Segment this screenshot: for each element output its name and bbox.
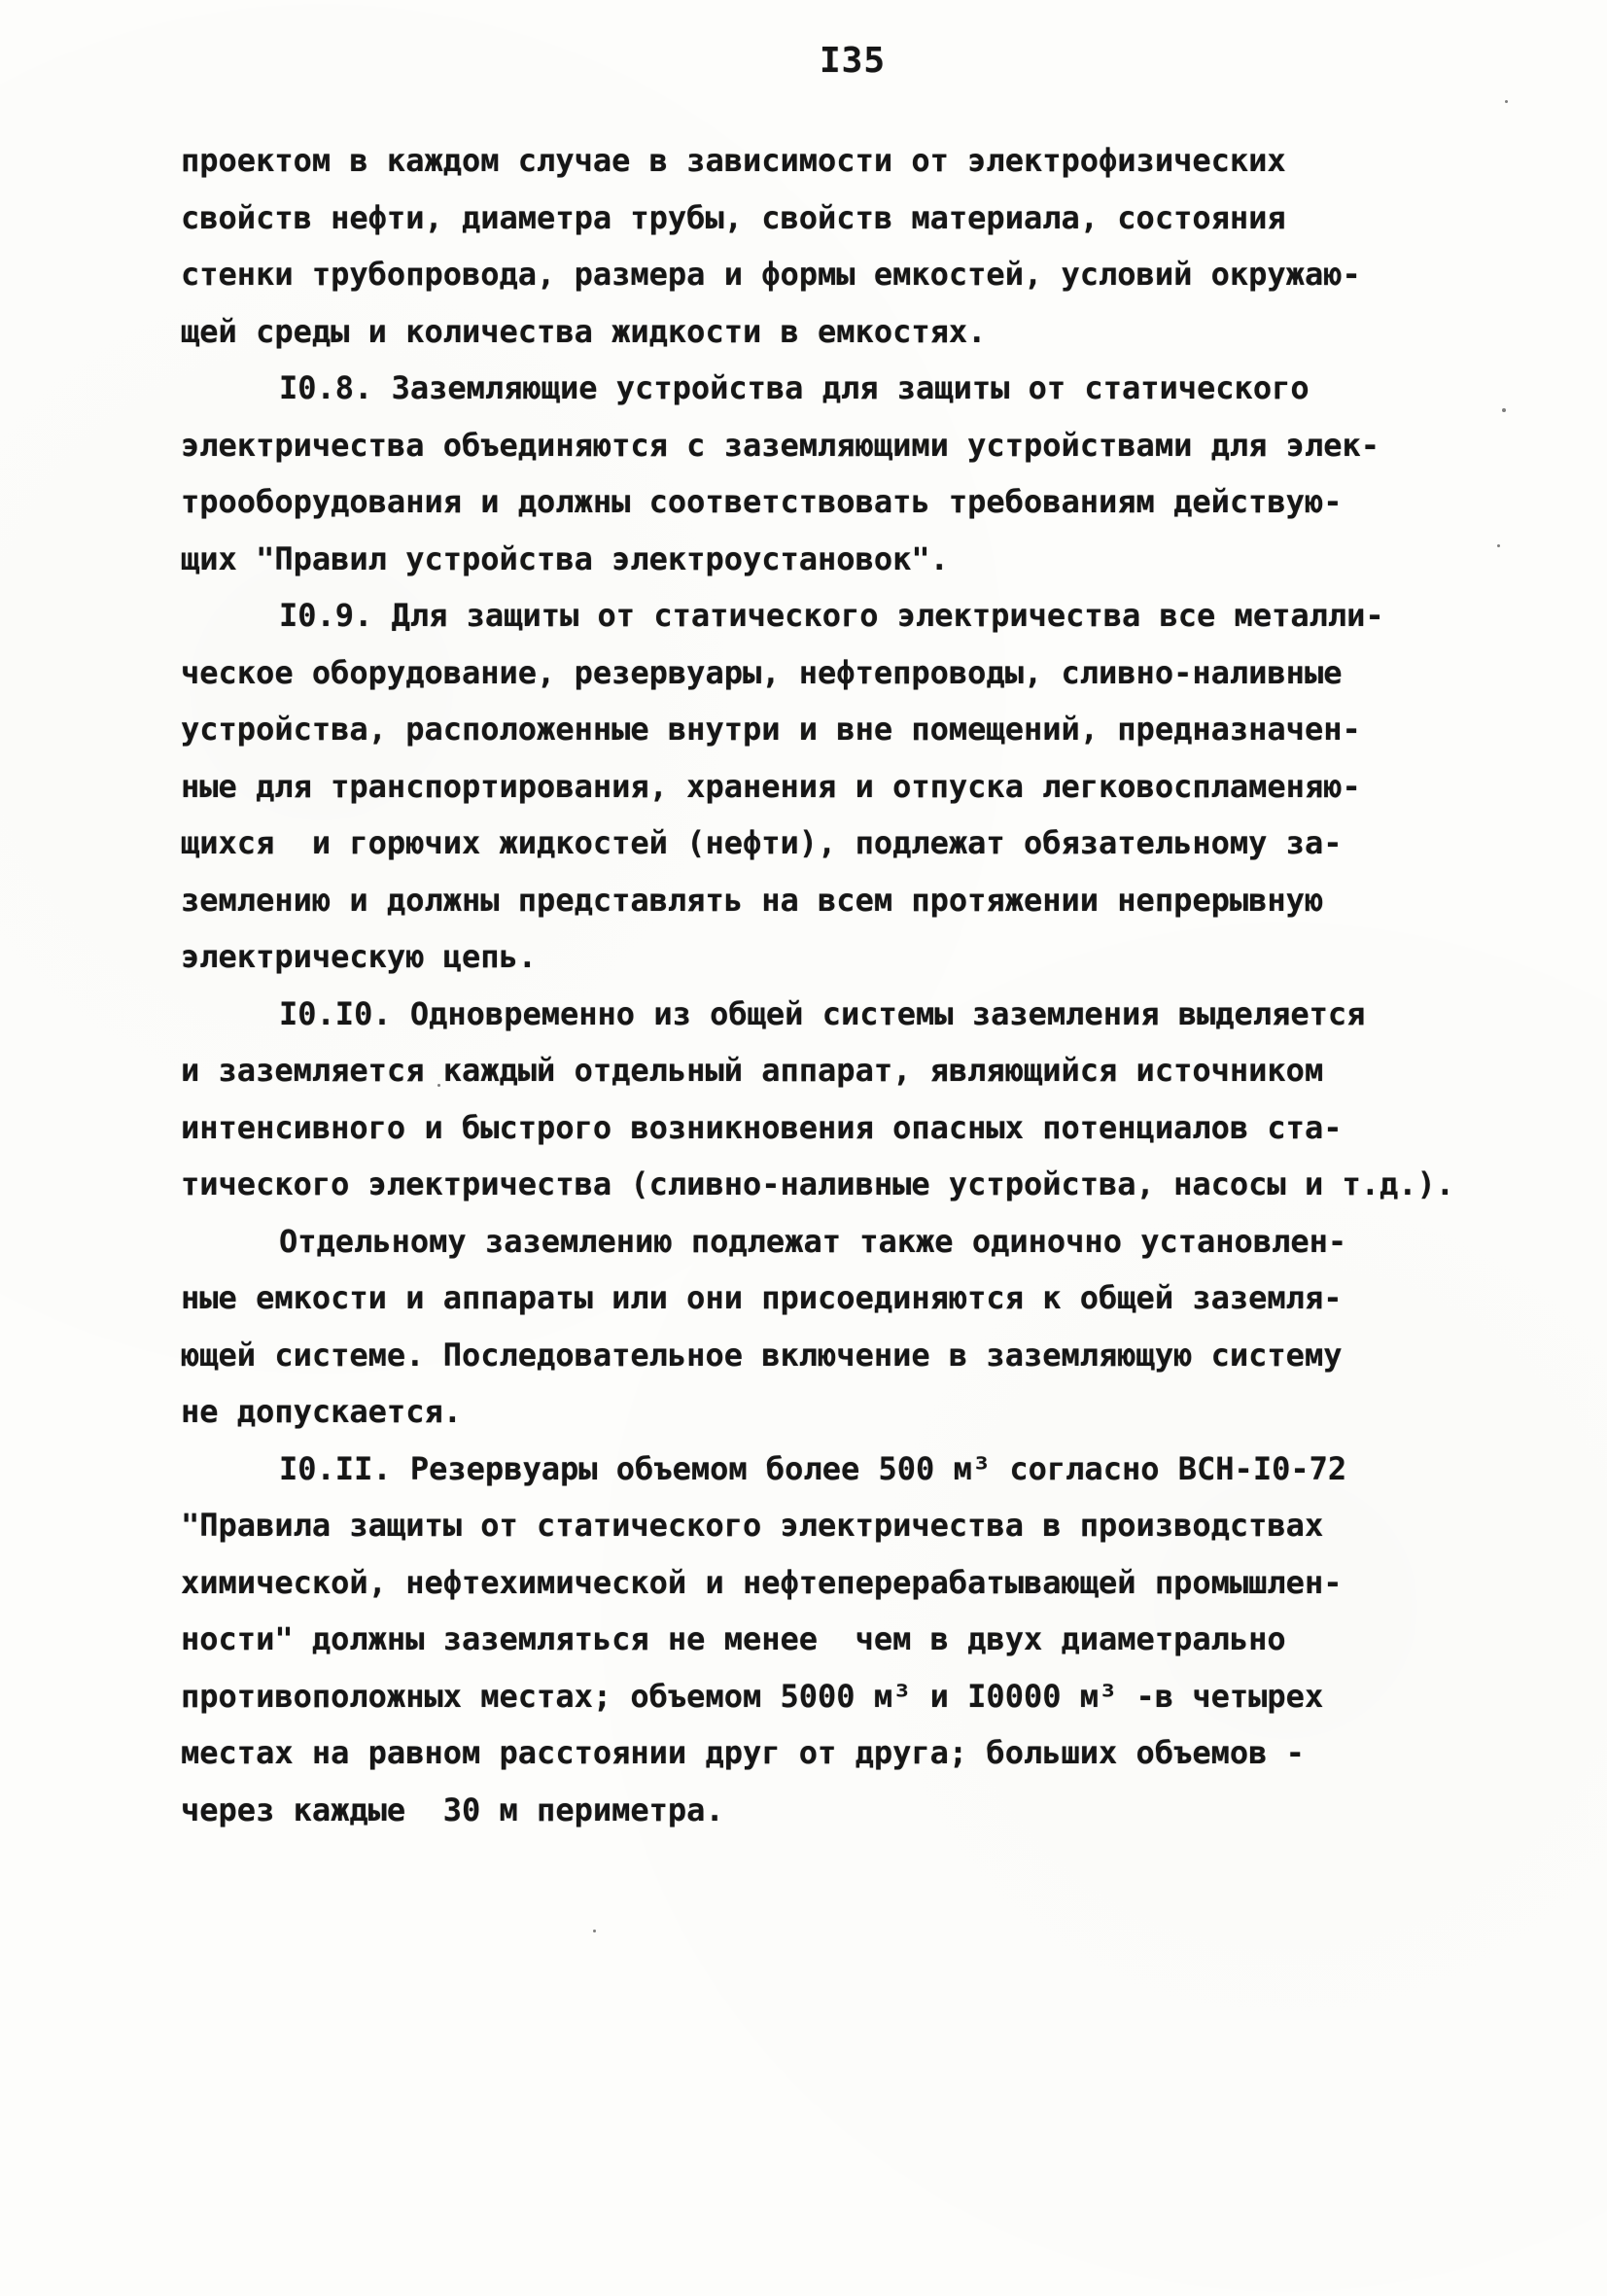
text-line-section-10-11: I0.II. Резервуары объемом более 500 м³ с… — [181, 1450, 1522, 1508]
text-line: химической, нефтехимической и нефтеперер… — [181, 1564, 1522, 1621]
text-line: ности" должны заземляться не менее чем в… — [181, 1620, 1522, 1678]
scan-speckle — [437, 1084, 440, 1087]
text-line-section-10-8: I0.8. Заземляющие устройства для защиты … — [181, 369, 1522, 427]
text-line: местах на равном расстоянии друг от друг… — [181, 1734, 1522, 1792]
text-line: электричества объединяются с заземляющим… — [181, 427, 1522, 484]
scan-speckle — [1505, 100, 1508, 103]
text-line: щихся и горючих жидкостей (нефти), подле… — [181, 824, 1522, 882]
text-line-section-10-9: I0.9. Для защиты от статического электри… — [181, 597, 1522, 654]
text-line: ные для транспортирования, хранения и от… — [181, 768, 1522, 825]
text-line: устройства, расположенные внутри и вне п… — [181, 711, 1522, 768]
text-line: трооборудования и должны соответствовать… — [181, 483, 1522, 540]
text-line: Отдельному заземлению подлежат также оди… — [181, 1223, 1522, 1280]
document-page: I35 проектом в каждом случае в зависимос… — [0, 0, 1607, 2296]
text-line: ющей системе. Последовательное включение… — [181, 1337, 1522, 1394]
scan-speckle — [1502, 408, 1506, 412]
page-number: I35 — [820, 41, 886, 81]
text-line: через каждые 30 м периметра. — [181, 1792, 1522, 1849]
text-line: землению и должны представлять на всем п… — [181, 882, 1522, 939]
text-line: ческое оборудование, резервуары, нефтепр… — [181, 654, 1522, 712]
text-line: противоположных местах; объемом 5000 м³ … — [181, 1678, 1522, 1735]
document-text-block: проектом в каждом случае в зависимости о… — [181, 142, 1522, 1848]
text-line: "Правила защиты от статического электрич… — [181, 1507, 1522, 1564]
text-line: проектом в каждом случае в зависимости о… — [181, 142, 1522, 199]
text-line: интенсивного и быстрого возникновения оп… — [181, 1109, 1522, 1166]
text-line: не допускается. — [181, 1393, 1522, 1450]
text-line: и заземляется каждый отдельный аппарат, … — [181, 1052, 1522, 1109]
text-line-section-10-10: I0.I0. Одновременно из общей системы заз… — [181, 995, 1522, 1053]
scan-speckle — [593, 1930, 596, 1932]
text-line: свойств нефти, диаметра трубы, свойств м… — [181, 199, 1522, 257]
text-line: стенки трубопровода, размера и формы емк… — [181, 256, 1522, 313]
text-line: щей среды и количества жидкости в емкост… — [181, 313, 1522, 370]
scan-speckle — [1497, 544, 1500, 547]
text-line: электрическую цепь. — [181, 938, 1522, 995]
text-line: ные емкости и аппараты или они присоедин… — [181, 1279, 1522, 1337]
text-line: тического электричества (сливно-наливные… — [181, 1165, 1522, 1223]
text-line: щих "Правил устройства электроустановок"… — [181, 540, 1522, 598]
